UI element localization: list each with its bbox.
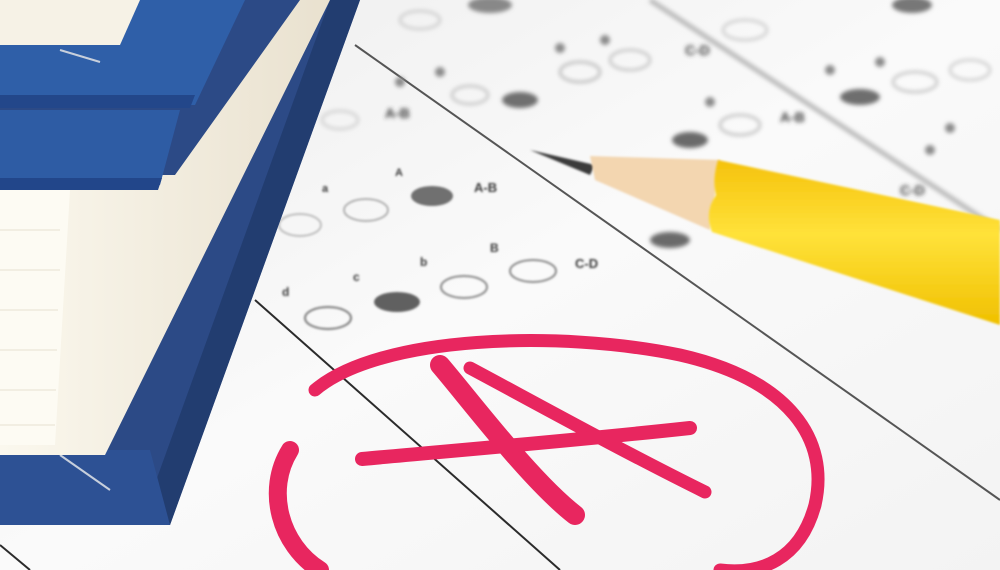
bubble-label-ab: A-B — [474, 180, 497, 195]
svg-text:C-D: C-D — [900, 182, 925, 198]
svg-text:A-B: A-B — [780, 109, 805, 125]
svg-text:A-B: A-B — [385, 105, 410, 121]
answer-sheet-photo: A-B C-D A-B C-D a A A-B d c b B C-D — [0, 0, 1000, 570]
bubble-label-cd: C-D — [575, 256, 598, 271]
photo-scene: A — [0, 0, 1000, 570]
bubble-label-B: B — [490, 241, 499, 255]
bubble-label-c: c — [353, 270, 360, 284]
svg-text:C-D: C-D — [685, 42, 710, 58]
bubble-label-A: A — [395, 167, 403, 179]
bubble-label-b: b — [420, 255, 427, 269]
bubble-label-a: a — [322, 183, 329, 195]
bubble-label-d: d — [282, 285, 289, 299]
